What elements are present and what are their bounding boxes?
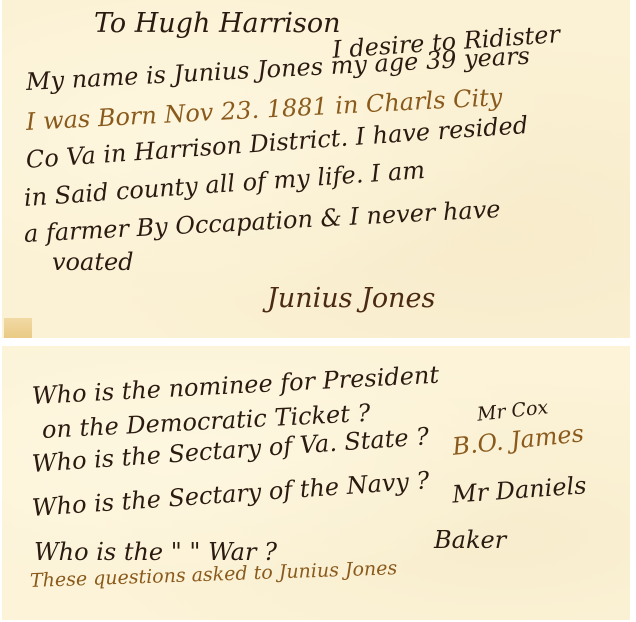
answer-1: Mr Cox (476, 398, 549, 424)
question-4: Who is the " " War ? (34, 540, 277, 564)
answer-3: Mr Daniels (451, 473, 587, 506)
addressee-line: To Hugh Harrison (94, 10, 341, 37)
answer-2: B.O. James (451, 421, 585, 459)
voated-line: voated (52, 250, 134, 274)
signature: Junius Jones (267, 285, 435, 312)
paper-stain (4, 318, 32, 338)
questions-card: Who is the nominee for President on the … (2, 346, 630, 620)
question-1-line-1: Who is the nominee for President (31, 363, 439, 408)
registration-card: To Hugh Harrison I desire to Ridister My… (2, 0, 630, 338)
document-scan: To Hugh Harrison I desire to Ridister My… (0, 0, 636, 622)
answer-4: Baker (434, 528, 506, 552)
question-3: Who is the Sectary of the Navy ? (31, 468, 430, 520)
